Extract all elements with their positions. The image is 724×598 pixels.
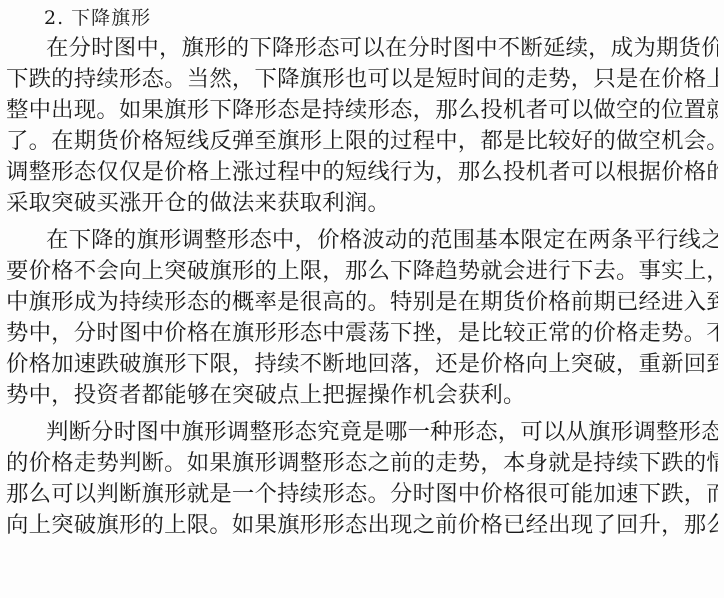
text-line: 采取突破买涨开仓的做法来获取利润。 [6,188,718,219]
text-line: 在下降的旗形调整形态中，价格波动的范围基本限定在两条平行线之间。只 [46,225,718,256]
text-line: 的价格走势判断。如果旗形调整形态之前的走势，本身就是持续下跌的情况。 [6,448,718,479]
text-line: 中旗形成为持续形态的概率是很高的。特别是在期货价格前期已经进入到下跌趋 [6,287,718,318]
text-line: 了。在期货价格短线反弹至旗形上限的过程中，都是比较好的做空机会。若旗形 [6,126,718,157]
text-line: 整中出现。如果旗形下降形态是持续形态，那么投机者可以做空的位置就很多 [6,95,718,126]
text-line: 下跌的持续形态。当然，下降旗形也可以是短时间的走势，只是在价格上涨的调 [6,64,718,95]
text-line: 调整形态仅仅是价格上涨过程中的短线行为，那么投机者可以根据价格的变化， [6,157,718,188]
section-heading: 2. 下降旗形 [44,4,151,32]
text-line: 势中，分时图中价格在旗形形态中震荡下挫，是比较正常的价格走势。不管期货 [6,318,718,349]
text-line: 要价格不会向上突破旗形的上限，那么下降趋势就会进行下去。事实上，分时图 [6,256,718,287]
text-line: 势中，投资者都能够在突破点上把握操作机会获利。 [6,380,718,411]
text-line: 价格加速跌破旗形下限，持续不断地回落，还是价格向上突破，重新回到上涨趋 [6,349,718,380]
text-line: 那么可以判断旗形就是一个持续形态。分时图中价格很可能加速下跌，而不是 [6,479,718,510]
document-page: 2. 下降旗形 在分时图中，旗形的下降形态可以在分时图中不断延续，成为期货价格不… [0,0,724,598]
text-line: 在分时图中，旗形的下降形态可以在分时图中不断延续，成为期货价格不断 [46,33,718,64]
text-line: 向上突破旗形的上限。如果旗形形态出现之前价格已经出现了回升，那么可以 [6,510,718,541]
text-line: 判断分时图中旗形调整形态究竟是哪一种形态，可以从旗形调整形态以前 [46,417,718,448]
